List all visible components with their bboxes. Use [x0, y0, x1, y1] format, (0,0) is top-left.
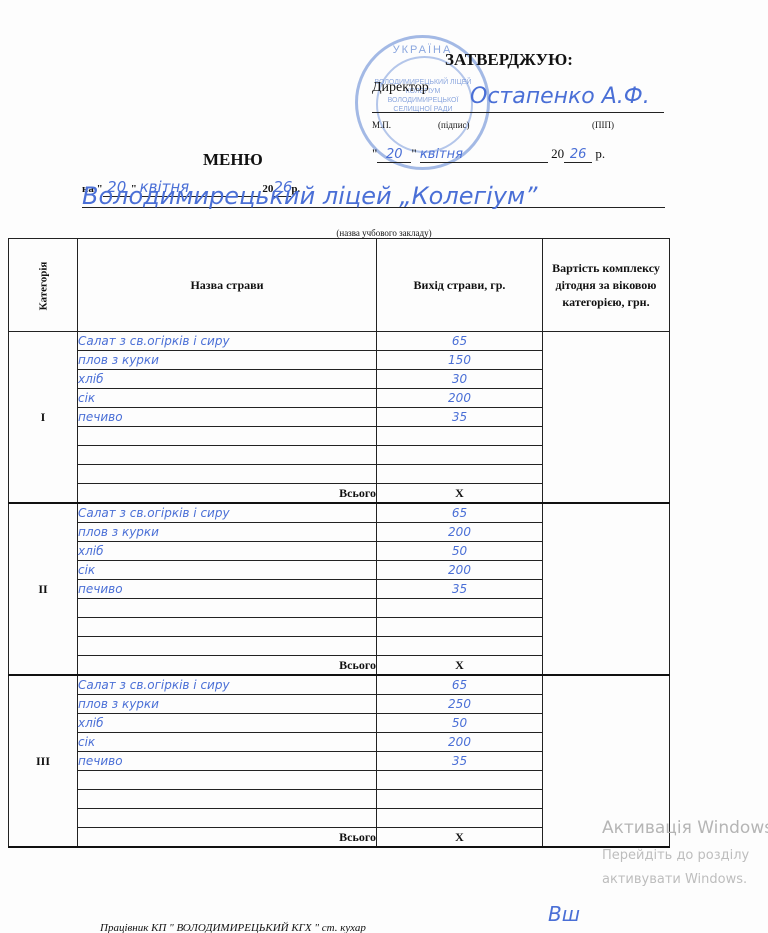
dish-cell: сік: [78, 733, 377, 752]
output-cell: 65: [377, 332, 543, 351]
output-cell: [377, 790, 543, 809]
output-cell: [377, 618, 543, 637]
total-mark: X: [377, 484, 543, 504]
dish-cell: плов з курки: [78, 695, 377, 714]
windows-activation-line3: активувати Windows.: [602, 872, 747, 887]
dish-cell: [78, 771, 377, 790]
school-caption: (назва учбового закладу): [0, 228, 768, 238]
dish-cell: сік: [78, 561, 377, 580]
dish-cell: [78, 790, 377, 809]
output-cell: 150: [377, 351, 543, 370]
output-cell: 250: [377, 695, 543, 714]
approval-date-month: квітня: [420, 147, 548, 163]
output-cell: 200: [377, 733, 543, 752]
total-mark: X: [377, 828, 543, 848]
output-cell: 200: [377, 523, 543, 542]
category-cell: I: [9, 332, 78, 504]
header-category: Категорія: [9, 239, 78, 332]
dish-cell: плов з курки: [78, 351, 377, 370]
output-cell: [377, 771, 543, 790]
output-cell: 65: [377, 675, 543, 695]
school-name: Володимирецький ліцей „Колегіум”: [82, 185, 665, 208]
approval-date: "20" квітня 2026 р.: [372, 146, 605, 163]
dish-cell: печиво: [78, 752, 377, 771]
dish-cell: печиво: [78, 408, 377, 427]
approval-date-year: 26: [564, 147, 592, 163]
output-cell: [377, 465, 543, 484]
dish-cell: Салат з св.огірків і сиру: [78, 503, 377, 523]
dish-cell: [78, 465, 377, 484]
menu-title: МЕНЮ: [203, 150, 263, 170]
category-cell: III: [9, 675, 78, 847]
output-cell: 35: [377, 752, 543, 771]
header-dish-name: Назва страви: [78, 239, 377, 332]
total-mark: X: [377, 656, 543, 676]
cost-cell: [543, 503, 670, 675]
output-cell: 200: [377, 561, 543, 580]
dish-cell: печиво: [78, 580, 377, 599]
dish-cell: сік: [78, 389, 377, 408]
approval-heading: ЗАТВЕРДЖУЮ:: [445, 50, 573, 70]
total-label: Всього: [78, 484, 377, 504]
total-label: Всього: [78, 656, 377, 676]
header-cost: Вартість комплексу дітодня за віковою ка…: [543, 239, 670, 332]
table-row: IIСалат з св.огірків і сиру65: [9, 503, 670, 523]
dish-cell: [78, 809, 377, 828]
header-output: Вихід страви, гр.: [377, 239, 543, 332]
output-cell: [377, 427, 543, 446]
dish-cell: [78, 618, 377, 637]
output-cell: 30: [377, 370, 543, 389]
dish-cell: хліб: [78, 542, 377, 561]
output-cell: [377, 637, 543, 656]
approval-date-day: 20: [377, 147, 411, 163]
director-signature-name: Остапенко А.Ф.: [470, 84, 650, 109]
menu-table: Категорія Назва страви Вихід страви, гр.…: [8, 238, 670, 848]
name-caption: (ПІП): [592, 120, 614, 130]
footer-signature: Вш: [548, 902, 580, 926]
footer-text: Працівник КП " ВОЛОДИМИРЕЦЬКИЙ КГХ " ст.…: [100, 922, 366, 933]
output-cell: 50: [377, 542, 543, 561]
director-label: Директор: [372, 80, 429, 96]
dish-cell: [78, 637, 377, 656]
category-cell: II: [9, 503, 78, 675]
output-cell: 200: [377, 389, 543, 408]
windows-activation-line2: Перейдіть до розділу: [602, 848, 749, 863]
output-cell: 65: [377, 503, 543, 523]
output-cell: [377, 446, 543, 465]
dish-cell: [78, 446, 377, 465]
dish-cell: хліб: [78, 370, 377, 389]
windows-activation-watermark: Активація Windows: [602, 818, 768, 838]
dish-cell: [78, 427, 377, 446]
total-label: Всього: [78, 828, 377, 848]
output-cell: 50: [377, 714, 543, 733]
dish-cell: плов з курки: [78, 523, 377, 542]
output-cell: [377, 809, 543, 828]
dish-cell: [78, 599, 377, 618]
table-row: IIIСалат з св.огірків і сиру65: [9, 675, 670, 695]
signature-line: [372, 112, 664, 113]
dish-cell: Салат з св.огірків і сиру: [78, 332, 377, 351]
output-cell: 35: [377, 580, 543, 599]
mp-label: М.П.: [372, 120, 391, 130]
signature-caption: (підпис): [438, 120, 470, 130]
cost-cell: [543, 332, 670, 504]
table-row: IСалат з св.огірків і сиру65: [9, 332, 670, 351]
dish-cell: хліб: [78, 714, 377, 733]
dish-cell: Салат з св.огірків і сиру: [78, 675, 377, 695]
output-cell: 35: [377, 408, 543, 427]
output-cell: [377, 599, 543, 618]
